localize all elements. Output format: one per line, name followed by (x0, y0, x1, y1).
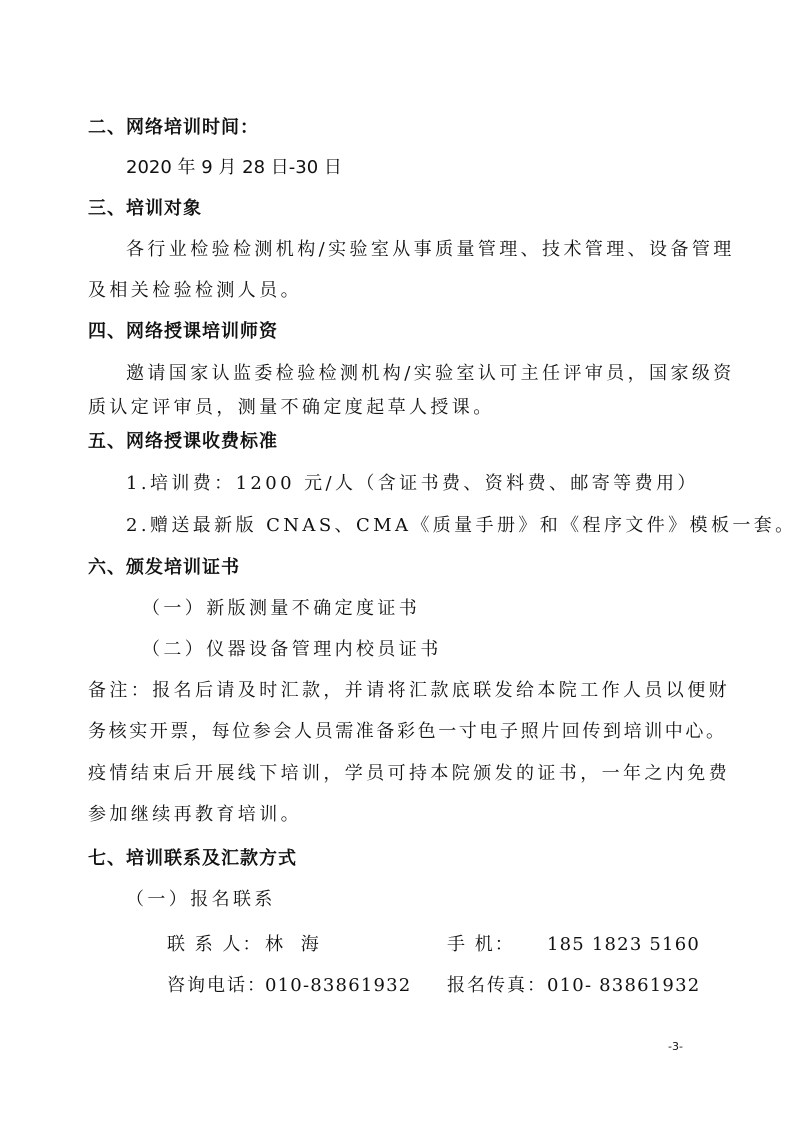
fax-label: 报名传真： (447, 974, 547, 998)
certificate-item-1: （一）新版测量不确定度证书 (142, 597, 420, 621)
certificate-item-2: （二）仪器设备管理内校员证书 (142, 638, 442, 662)
contact-person-value: 林 海 (265, 933, 325, 957)
training-date: 2020 年 9 月 28 日-30 日 (126, 156, 342, 180)
note-line-1: 备注：报名后请及时汇款，并请将汇款底联发给本院工作人员以便财 (88, 679, 730, 703)
section-heading-fees: 五、网络授课收费标准 (88, 430, 278, 454)
section-heading-instructors: 四、网络授课培训师资 (88, 320, 278, 344)
consult-phone-label: 咨询电话： (167, 974, 267, 998)
instructors-text-line-1: 邀请国家认监委检验检测机构/实验室认可主任评审员，国家级资 (126, 362, 735, 386)
section-heading-audience: 三、培训对象 (88, 197, 202, 221)
note-line-4: 参加继续再教育培训。 (88, 803, 302, 827)
note-line-2: 务核实开票，每位参会人员需准备彩色一寸电子照片回传到培训中心。 (88, 720, 727, 744)
audience-text-line-2: 及相关检验检测人员。 (88, 279, 302, 303)
audience-text-line-1: 各行业检验检测机构/实验室从事质量管理、技术管理、设备管理 (126, 238, 735, 262)
consult-phone-value: 010-83861932 (265, 974, 411, 998)
mobile-value: 185 1823 5160 (547, 933, 700, 957)
contact-subheading: （一）报名联系 (126, 888, 276, 912)
note-line-3: 疫情结束后开展线下培训，学员可持本院颁发的证书，一年之内免费 (88, 762, 730, 786)
contact-person-label: 联 系 人： (167, 933, 262, 957)
section-heading-contact: 七、培训联系及汇款方式 (88, 847, 297, 871)
fee-item-2: 2.赠送最新版 CNAS、CMA《质量手册》和《程序文件》模板一套。 (126, 514, 793, 538)
section-heading-training-time: 二、网络培训时间： (88, 116, 259, 140)
page-number: -3- (668, 1040, 683, 1053)
section-heading-certificates: 六、颁发培训证书 (88, 556, 240, 580)
fee-item-1: 1.培训费：1200 元/人（含证书费、资料费、邮寄等费用） (126, 472, 699, 496)
mobile-label: 手 机： (447, 933, 515, 957)
instructors-text-line-2: 质认定评审员，测量不确定度起草人授课。 (88, 396, 495, 420)
fax-value: 010- 83861932 (547, 974, 700, 998)
